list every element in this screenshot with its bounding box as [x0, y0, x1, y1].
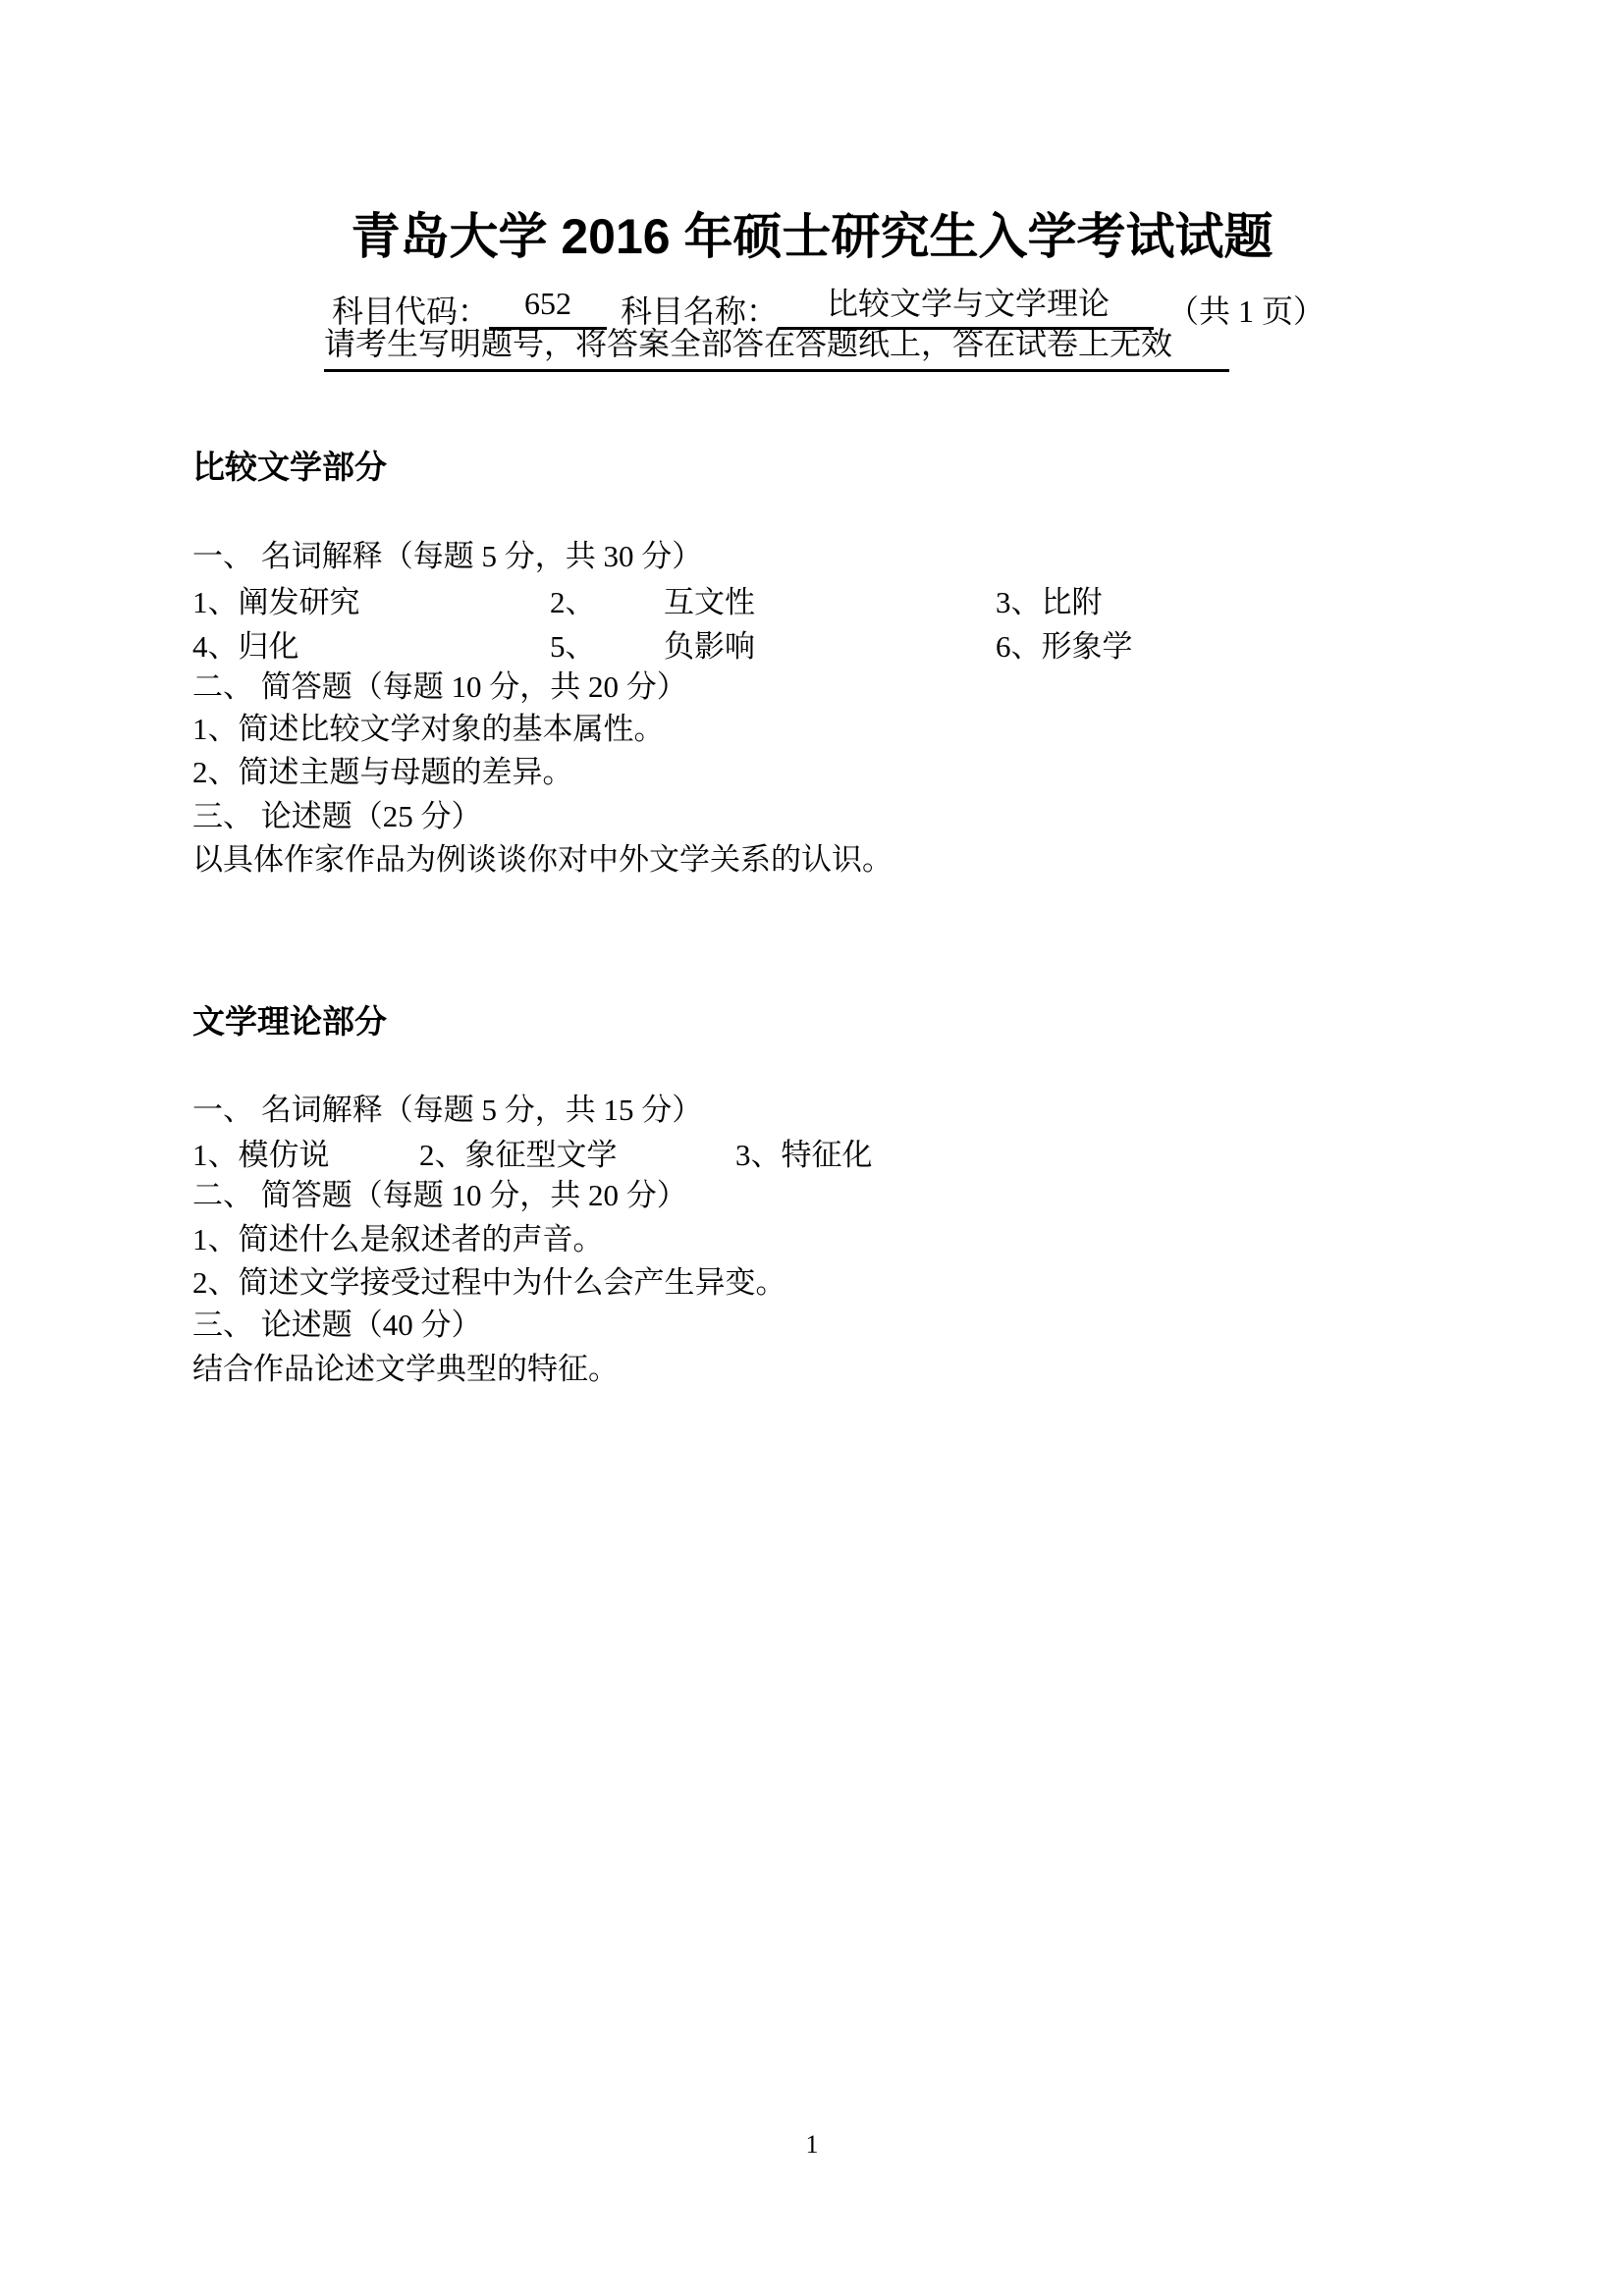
section-heading-comparative-literature: 比较文学部分: [192, 453, 387, 485]
s1-question3-body: 以具体作家作品为例谈谈你对中外文学关系的认识。: [192, 843, 893, 877]
subject-meta-line: 科目代码：652科目名称：比较文学与文学理论（共 1 页）: [332, 286, 1325, 330]
pages-note: （共 1 页）: [1167, 294, 1325, 330]
subject-name-value: 比较文学与文学理论: [778, 286, 1154, 330]
s1-question2-item1: 1、简述比较文学对象的基本属性。: [192, 713, 665, 746]
subject-code-value: 652: [489, 286, 607, 330]
s2-question2-title: 二、 简答题（每题 10 分，共 20 分）: [192, 1179, 687, 1212]
instruction-line: 请考生写明题号，将答案全部答在答题纸上，答在试卷上无效: [324, 326, 1229, 372]
term-item: 1、模仿说: [192, 1139, 330, 1172]
page-number: 1: [0, 2132, 1624, 2158]
s2-question1-title: 一、 名词解释（每题 5 分，共 15 分）: [192, 1094, 702, 1127]
subject-name-label: 科目名称：: [621, 294, 778, 330]
section-heading-literary-theory: 文学理论部分: [192, 1007, 387, 1040]
term-item: 3、特征化: [735, 1139, 873, 1172]
s2-question2-item1: 1、简述什么是叙述者的声音。: [192, 1223, 604, 1256]
s1-terms-row1: 1、阐发研究 2、 互文性 3、比附: [192, 586, 1469, 627]
s2-question2-item2: 2、简述文学接受过程中为什么会产生异变。: [192, 1266, 786, 1300]
s2-terms-row: 1、模仿说 2、象征型文学 3、特征化: [192, 1139, 1469, 1180]
term-item: 负影响: [664, 630, 755, 664]
s1-question1-title: 一、 名词解释（每题 5 分，共 30 分）: [192, 540, 702, 573]
term-item: 6、形象学: [996, 630, 1133, 664]
exam-paper-page: 青岛大学 2016 年硕士研究生入学考试试题 科目代码：652科目名称：比较文学…: [0, 0, 1624, 2296]
term-item-number: 2、: [550, 586, 596, 619]
s1-terms-row2: 4、归化 5、 负影响 6、形象学: [192, 630, 1469, 671]
s1-question3-title: 三、 论述题（25 分）: [192, 800, 482, 833]
term-item: 1、阐发研究: [192, 586, 360, 619]
exam-title: 青岛大学 2016 年硕士研究生入学考试试题: [0, 211, 1624, 263]
s1-question2-item2: 2、简述主题与母题的差异。: [192, 756, 573, 789]
term-item: 4、归化: [192, 630, 299, 664]
subject-code-label: 科目代码：: [332, 294, 489, 330]
s2-question3-body: 结合作品论述文学典型的特征。: [192, 1353, 619, 1386]
s2-question3-title: 三、 论述题（40 分）: [192, 1308, 482, 1342]
term-item-number: 5、: [550, 630, 596, 664]
s1-question2-title: 二、 简答题（每题 10 分，共 20 分）: [192, 670, 687, 704]
term-item: 互文性: [664, 586, 755, 619]
term-item: 2、象征型文学: [419, 1139, 618, 1172]
term-item: 3、比附: [996, 586, 1103, 619]
